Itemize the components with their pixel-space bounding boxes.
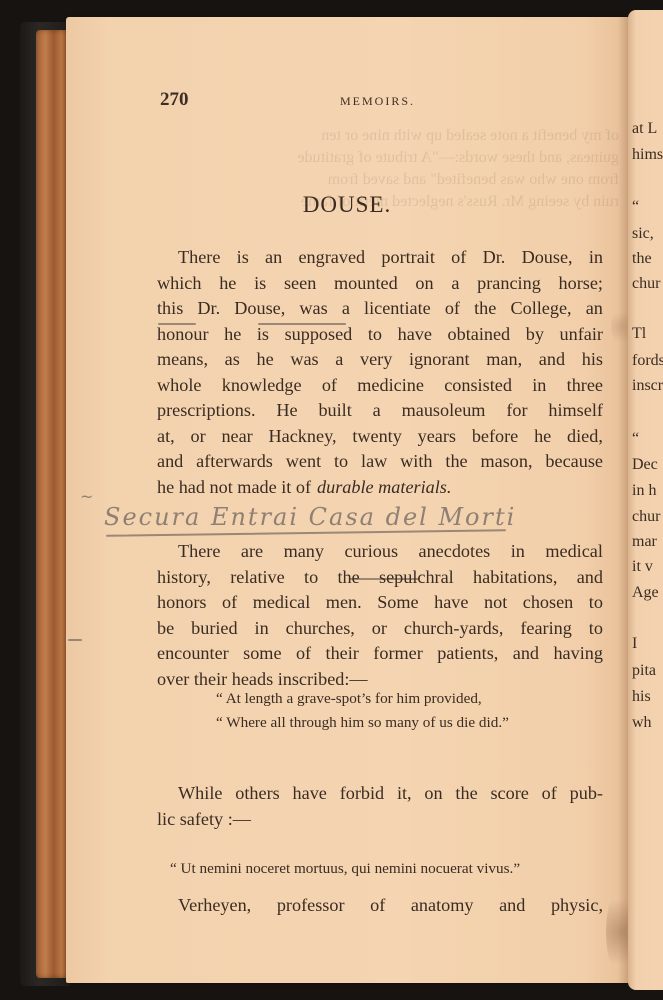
word: forbid <box>340 781 384 807</box>
word: mason, <box>481 449 533 475</box>
word: their <box>326 641 359 667</box>
word: have <box>293 781 327 807</box>
word: fearing <box>520 616 572 642</box>
word: to <box>304 565 318 591</box>
word: many <box>284 539 324 565</box>
text-line: andafterwardswenttolawwiththemason,becau… <box>157 449 603 475</box>
handwritten-note: Secura Entrai Casa del Morti <box>104 503 516 531</box>
text-line: honourheissupposedtohaveobtainedbyunfair <box>157 322 603 348</box>
facing-page-text-fragment: mar <box>632 533 657 551</box>
word: because <box>545 449 603 475</box>
facing-page-text-fragment: chur <box>632 508 660 526</box>
word: to <box>334 449 348 475</box>
word: and <box>577 565 603 591</box>
word: and <box>513 641 539 667</box>
paragraph-verheyen: Verheyen,professorofanatomyandphysic, <box>157 893 603 919</box>
word: this <box>157 296 183 322</box>
word: encounter <box>157 641 229 667</box>
facing-page-text-fragment: inscr <box>632 377 663 395</box>
word: for <box>506 398 527 424</box>
paragraph-last-line: lic safety :— <box>157 807 603 833</box>
word: Douse, <box>234 296 285 322</box>
verse-line: “ Where all through him so many of us di… <box>216 711 509 735</box>
word: an <box>265 245 282 271</box>
word: buried <box>191 616 237 642</box>
word: before <box>472 424 518 450</box>
word: is <box>257 322 269 348</box>
text-line: at,ornearHackney,twentyyearsbeforehedied… <box>157 424 603 450</box>
word: history, <box>157 565 211 591</box>
word: honors <box>157 590 207 616</box>
word: the <box>474 296 496 322</box>
word: churches, <box>286 616 355 642</box>
facing-page-text-fragment: “ <box>632 430 639 448</box>
facing-page-text-fragment: fords <box>632 352 663 370</box>
word: to <box>368 322 382 348</box>
text-line: Verheyen,professorofanatomyandphysic, <box>157 893 603 919</box>
text-line: thisDr.Douse,wasalicentiateoftheCollege,… <box>157 296 603 322</box>
word: a <box>335 347 343 373</box>
word: of <box>322 373 337 399</box>
text-span: he had not made it of <box>157 475 311 501</box>
word: and <box>157 449 183 475</box>
word: ignorant <box>409 347 470 373</box>
word: men. <box>326 590 362 616</box>
word: of <box>370 893 385 919</box>
word: twenty <box>352 424 402 450</box>
pencil-underline-dr <box>158 323 196 325</box>
word: with <box>400 449 432 475</box>
word: have <box>398 322 432 348</box>
word: physic, <box>551 893 603 919</box>
bleed-line: guineas, and these words:—"A tribute of … <box>154 147 619 169</box>
word: and <box>499 893 525 919</box>
facing-page-text-fragment: his <box>632 688 651 706</box>
word: have <box>434 590 468 616</box>
word: licentiate <box>364 296 431 322</box>
text-line: whichheisseenmountedonaprancinghorse; <box>157 271 603 297</box>
word: died, <box>567 424 603 450</box>
word: unfair <box>560 322 603 348</box>
facing-page-edge: at Lhims“sic,thechurTlfordsinscr“Decin h… <box>628 10 663 990</box>
word: are <box>241 539 263 565</box>
word: or <box>372 616 387 642</box>
facing-page-text-fragment: Tl <box>632 325 646 343</box>
word: He <box>276 398 297 424</box>
word: relative <box>230 565 285 591</box>
word: in <box>255 616 269 642</box>
word: supposed <box>285 322 353 348</box>
text-line: honorsofmedicalmen.Somehavenotchosento <box>157 590 603 616</box>
text-line: history,relativetothesepulchralhabitatio… <box>157 565 603 591</box>
word: Dr. <box>197 296 220 322</box>
word: some <box>243 641 281 667</box>
word: he <box>534 424 551 450</box>
text-line: wholeknowledgeofmedicineconsistedinthree <box>157 373 603 399</box>
word: in <box>532 373 546 399</box>
word: There <box>178 245 220 271</box>
word: of <box>542 781 557 807</box>
text-line: encountersomeoftheirformerpatients,andha… <box>157 641 603 667</box>
word: he <box>256 347 273 373</box>
word: the <box>337 565 359 591</box>
word: of <box>451 245 466 271</box>
word: as <box>225 347 240 373</box>
word: near <box>221 424 252 450</box>
word: anecdotes <box>419 539 491 565</box>
word: he <box>224 322 241 348</box>
bleed-line: from one who was benefited" and saved fr… <box>154 169 619 191</box>
word: means, <box>157 347 208 373</box>
word: was <box>290 347 318 373</box>
facing-page-text-fragment: wh <box>632 714 652 732</box>
bleed-line: of my benefit a note sealed up with nine… <box>154 125 619 147</box>
running-head-title: MEMOIRS. <box>340 94 415 109</box>
word: anatomy <box>411 893 474 919</box>
italic-text: durable materials. <box>317 475 451 501</box>
word: seen <box>284 271 316 297</box>
pencil-margin-tick: ~ <box>80 487 93 506</box>
word: went <box>286 449 321 475</box>
section-title: DOUSE. <box>66 192 628 218</box>
text-span: lic safety :— <box>157 807 251 833</box>
word: is <box>237 245 249 271</box>
word: sepulchral <box>379 565 454 591</box>
word: is <box>254 271 266 297</box>
word: There <box>178 539 220 565</box>
word: himself <box>548 398 603 424</box>
paragraph-douse-portrait: ThereisanengravedportraitofDr.Douse,inwh… <box>157 245 603 500</box>
word: knowledge <box>222 373 302 399</box>
latin-quote: “ Ut nemini noceret mortuus, qui nemini … <box>170 860 520 878</box>
word: mausoleum <box>402 398 486 424</box>
word: to <box>589 616 603 642</box>
word: having <box>553 641 603 667</box>
word: he <box>219 271 236 297</box>
text-line: beburiedinchurches,orchurch-yards,fearin… <box>157 616 603 642</box>
word: the <box>445 449 467 475</box>
facing-page-text-fragment: Dec <box>632 456 658 474</box>
verse-quote: “ At length a grave-spot’s for him provi… <box>216 687 509 735</box>
word: former <box>373 641 422 667</box>
word: law <box>361 449 387 475</box>
paragraph-public-safety: Whileothershaveforbidit,onthescoreofpub-… <box>157 781 603 832</box>
word: Dr. <box>483 245 506 271</box>
word: three <box>567 373 603 399</box>
text-line: means,ashewasaveryignorantman,andhis <box>157 347 603 373</box>
word: not <box>484 590 507 616</box>
word: and <box>539 347 565 373</box>
text-line: Whileothershaveforbidit,onthescoreofpub- <box>157 781 603 807</box>
word: to <box>589 590 603 616</box>
word: which <box>157 271 201 297</box>
word: a <box>342 296 350 322</box>
facing-page-text-fragment: hims <box>632 146 663 164</box>
word: patients, <box>437 641 498 667</box>
word: score <box>490 781 528 807</box>
word: Hackney, <box>269 424 337 450</box>
word: portrait <box>381 245 435 271</box>
word: afterwards <box>196 449 273 475</box>
word: on <box>415 271 433 297</box>
word: his <box>582 347 603 373</box>
word: horse; <box>559 271 603 297</box>
word: honour <box>157 322 209 348</box>
facing-page-text-fragment: the <box>632 250 652 268</box>
word: chosen <box>523 590 574 616</box>
word: prancing <box>477 271 541 297</box>
word: medical <box>253 590 311 616</box>
word: While <box>178 781 222 807</box>
word: consisted <box>444 373 512 399</box>
facing-page-text-fragment: I <box>632 635 637 653</box>
word: medical <box>545 539 603 565</box>
word: the <box>455 781 477 807</box>
paragraph-sepulchral-anecdotes: Therearemanycuriousanecdotesinmedicalhis… <box>157 539 603 692</box>
word: curious <box>344 539 398 565</box>
word: of <box>445 296 460 322</box>
page-fore-edge <box>36 30 68 978</box>
word: on <box>424 781 442 807</box>
word: it, <box>397 781 412 807</box>
running-head: 270 MEMOIRS. <box>160 89 600 113</box>
pencil-margin-mark <box>68 639 82 641</box>
word: a <box>451 271 459 297</box>
text-line: prescriptions.Hebuiltamausoleumforhimsel… <box>157 398 603 424</box>
word: pub- <box>570 781 603 807</box>
word: mounted <box>334 271 398 297</box>
word: Verheyen, <box>178 893 251 919</box>
word: in <box>589 245 603 271</box>
word: Some <box>377 590 418 616</box>
word: be <box>157 616 174 642</box>
word: very <box>360 347 392 373</box>
text-line: ThereisanengravedportraitofDr.Douse,in <box>157 245 603 271</box>
word: whole <box>157 373 201 399</box>
word: or <box>190 424 205 450</box>
word: an <box>586 296 603 322</box>
word: a <box>373 398 381 424</box>
word: church-yards, <box>404 616 503 642</box>
word: obtained <box>448 322 511 348</box>
word: man, <box>486 347 522 373</box>
word: years <box>418 424 456 450</box>
facing-page-text-fragment: in h <box>632 482 656 500</box>
word: professor <box>277 893 345 919</box>
word: was <box>299 296 327 322</box>
facing-page-text-fragment: sic, <box>632 225 654 243</box>
word: by <box>526 322 544 348</box>
text-line: Therearemanycuriousanecdotesinmedical <box>157 539 603 565</box>
word: built <box>318 398 351 424</box>
facing-page-text-fragment: it v <box>632 558 653 576</box>
word: habitations, <box>473 565 557 591</box>
word: at, <box>157 424 175 450</box>
page-number: 270 <box>160 89 189 111</box>
word: prescriptions. <box>157 398 256 424</box>
word: medicine <box>357 373 424 399</box>
word: of <box>296 641 311 667</box>
book-page: of my benefit a note sealed up with nine… <box>66 17 628 983</box>
verse-line: “ At length a grave-spot’s for him provi… <box>216 687 509 711</box>
facing-page-text-fragment: chur <box>632 275 660 293</box>
word: others <box>235 781 279 807</box>
facing-page-text-fragment: pita <box>632 662 656 680</box>
word: Douse, <box>522 245 573 271</box>
facing-page-text-fragment: at L <box>632 120 657 138</box>
word: engraved <box>298 245 365 271</box>
facing-page-text-fragment: Age <box>632 584 659 602</box>
pencil-underline-licentiate <box>258 323 346 325</box>
word: of <box>222 590 237 616</box>
word: College, <box>510 296 571 322</box>
word: in <box>511 539 525 565</box>
facing-page-text-fragment: “ <box>632 198 639 216</box>
paragraph-last-line: he had not made it of durable materials. <box>157 475 603 501</box>
